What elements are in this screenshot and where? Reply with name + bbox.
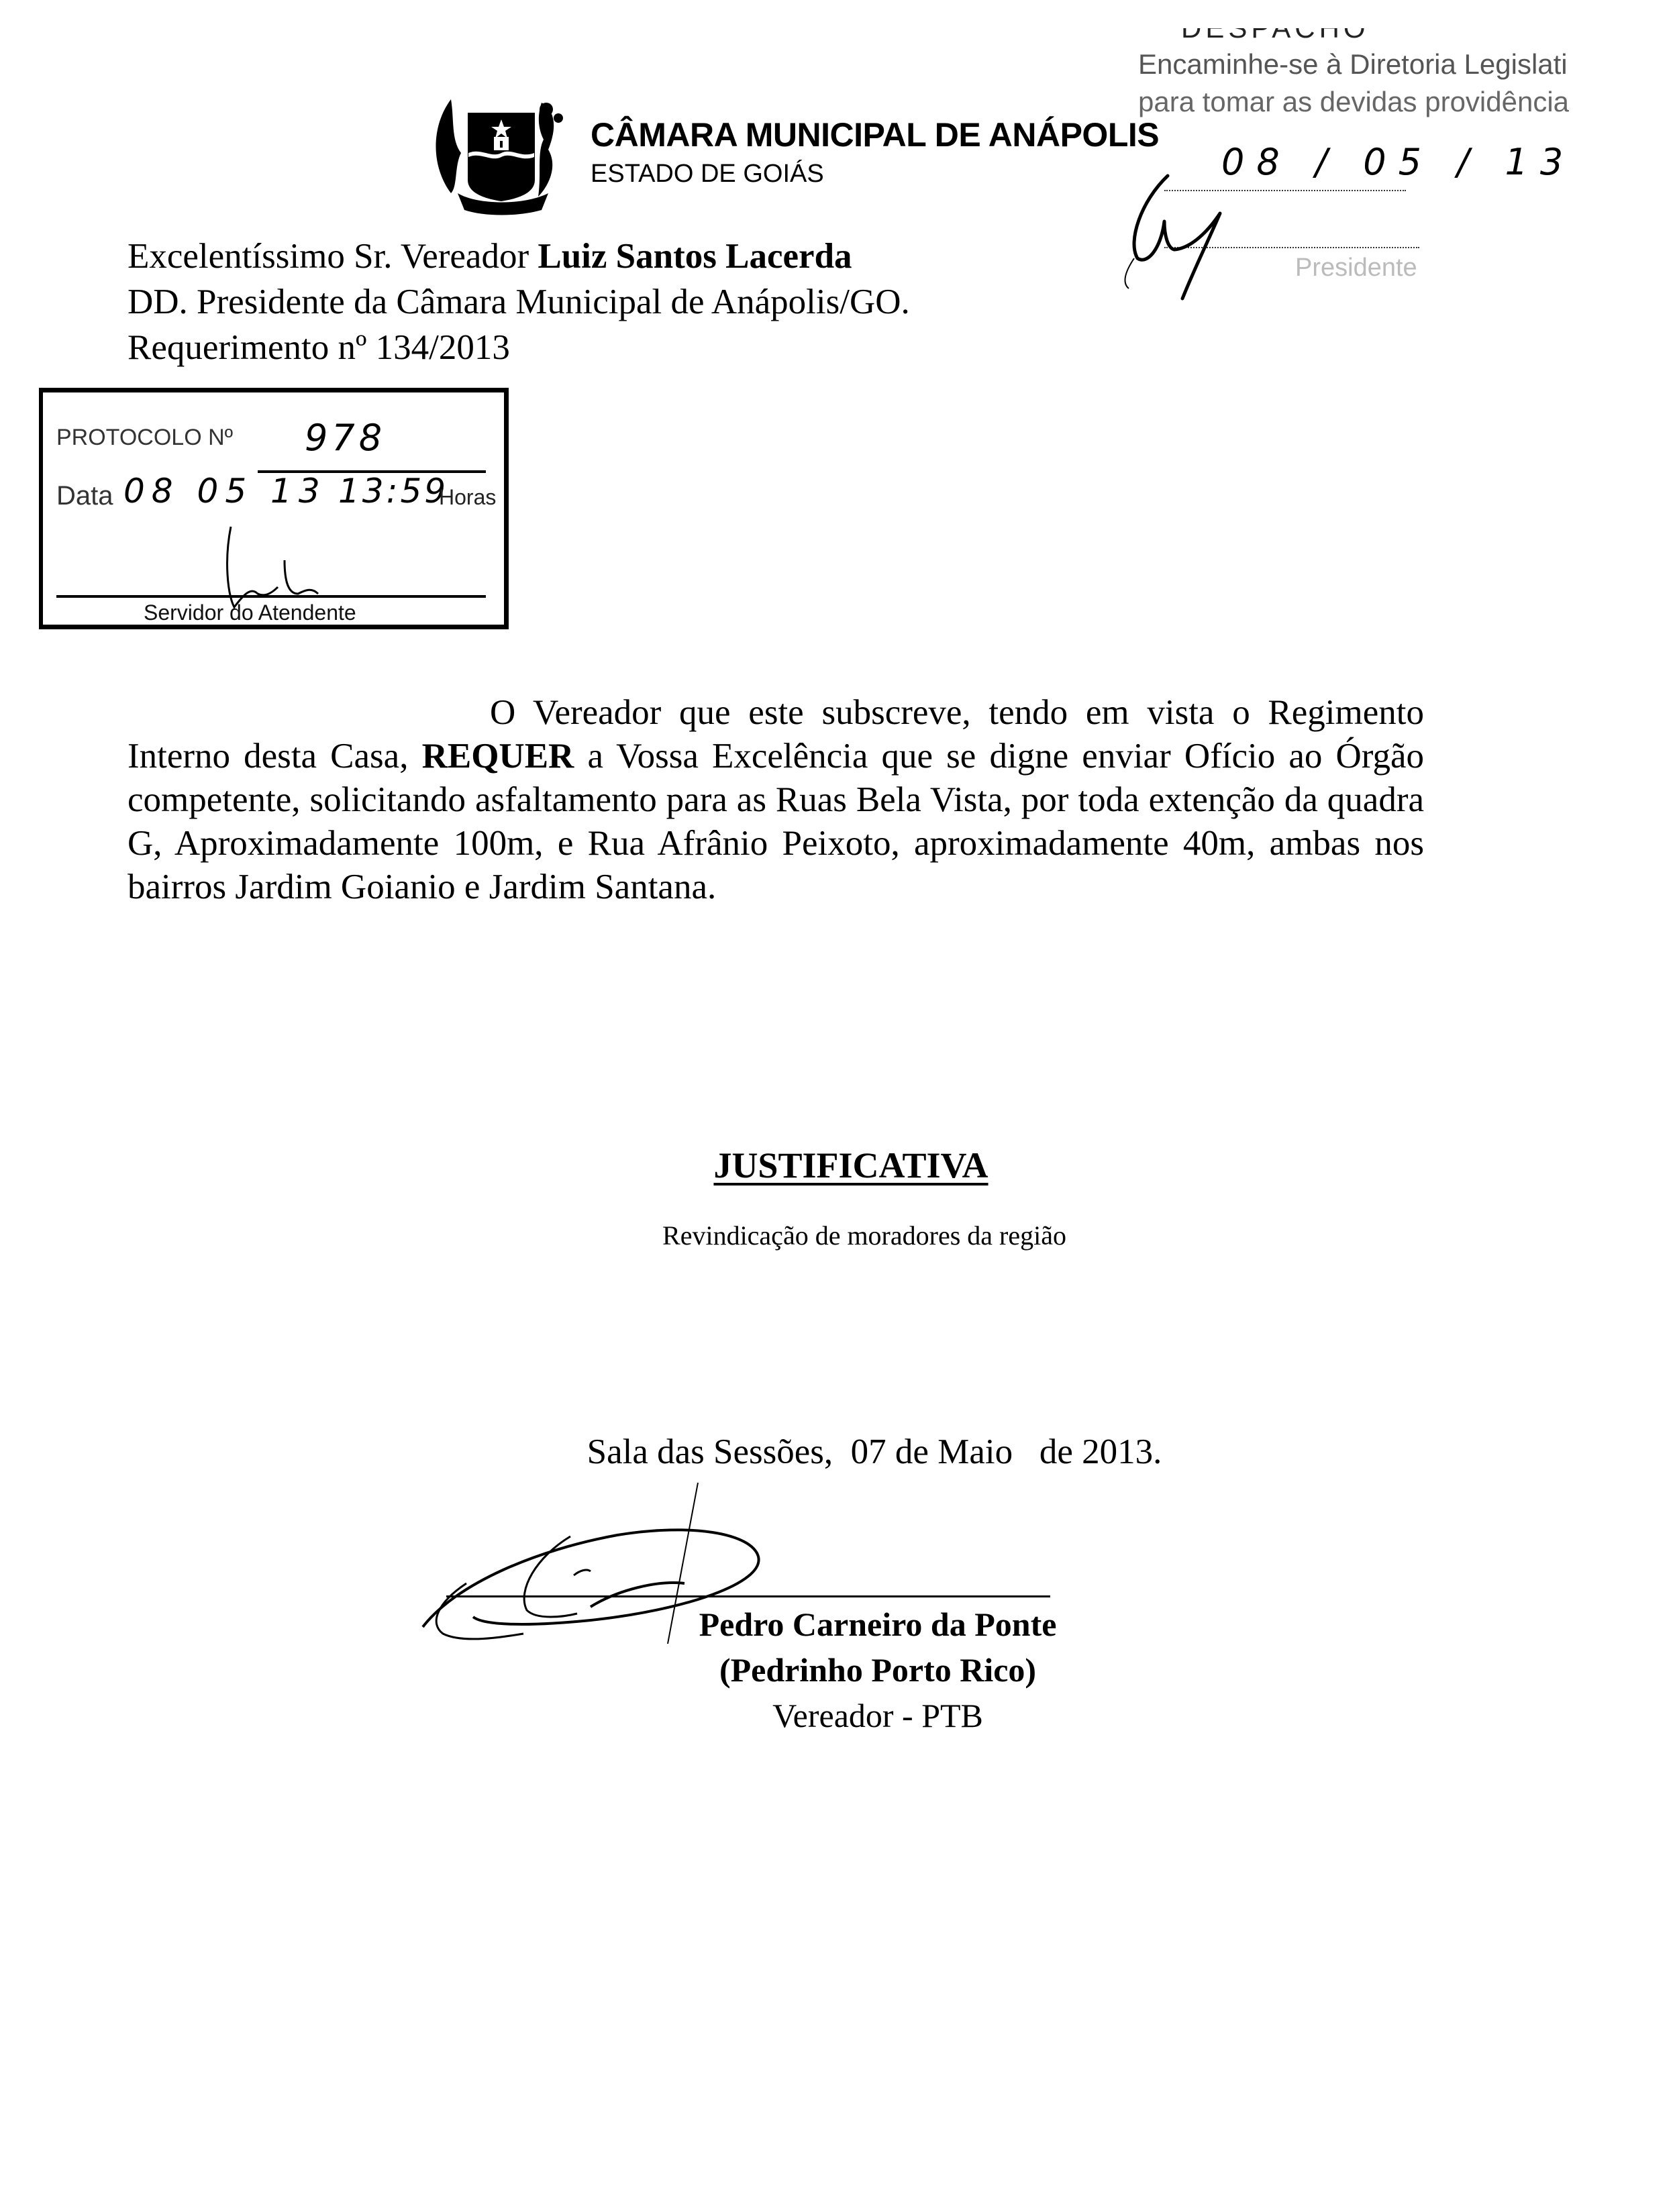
signer-role: Vereador - PTB — [0, 1696, 1675, 1735]
president-signature-icon — [1101, 0, 1302, 302]
request-number: Requerimento nº 134/2013 — [128, 327, 510, 368]
signer-name: Pedro Carneiro da Ponte — [0, 1605, 1675, 1644]
coat-of-arms-icon — [424, 86, 572, 220]
addressee-title: DD. Presidente da Câmara Municipal de An… — [128, 282, 910, 322]
clerk-signature-icon — [43, 392, 513, 634]
body-text-bold: REQUER — [422, 737, 574, 776]
justificativa-text: Revindicação de moradores da região — [0, 1220, 1675, 1251]
justificativa-heading: JUSTIFICATIVA — [0, 1145, 1675, 1186]
place-and-date: Sala das Sessões, 07 de Maio de 2013. — [0, 1432, 1675, 1472]
coat-of-arms-logo — [424, 86, 572, 220]
organization-state: ESTADO DE GOIÁS — [591, 160, 824, 189]
addressee-salutation: Excelentíssimo Sr. Vereador — [128, 237, 538, 276]
despacho-stamp: DESPACHO Encaminhe-se à Diretoria Legisl… — [1101, 0, 1675, 295]
signature-rule — [446, 1595, 1050, 1597]
justificativa-title: JUSTIFICATIVA — [687, 1145, 988, 1186]
addressee-line: Excelentíssimo Sr. Vereador Luiz Santos … — [128, 236, 852, 276]
organization-name: CÂMARA MUNICIPAL DE ANÁPOLIS — [591, 115, 1159, 154]
despacho-role: Presidente — [1295, 254, 1417, 282]
request-body: O Vereador que este subscreve, tendo em … — [128, 691, 1424, 909]
signer-nickname: (Pedrinho Porto Rico) — [0, 1650, 1675, 1689]
protocol-stamp: PROTOCOLO Nº 978 Data 08 05 13 13:59 Hor… — [39, 388, 509, 629]
addressee-name: Luiz Santos Lacerda — [538, 237, 852, 276]
